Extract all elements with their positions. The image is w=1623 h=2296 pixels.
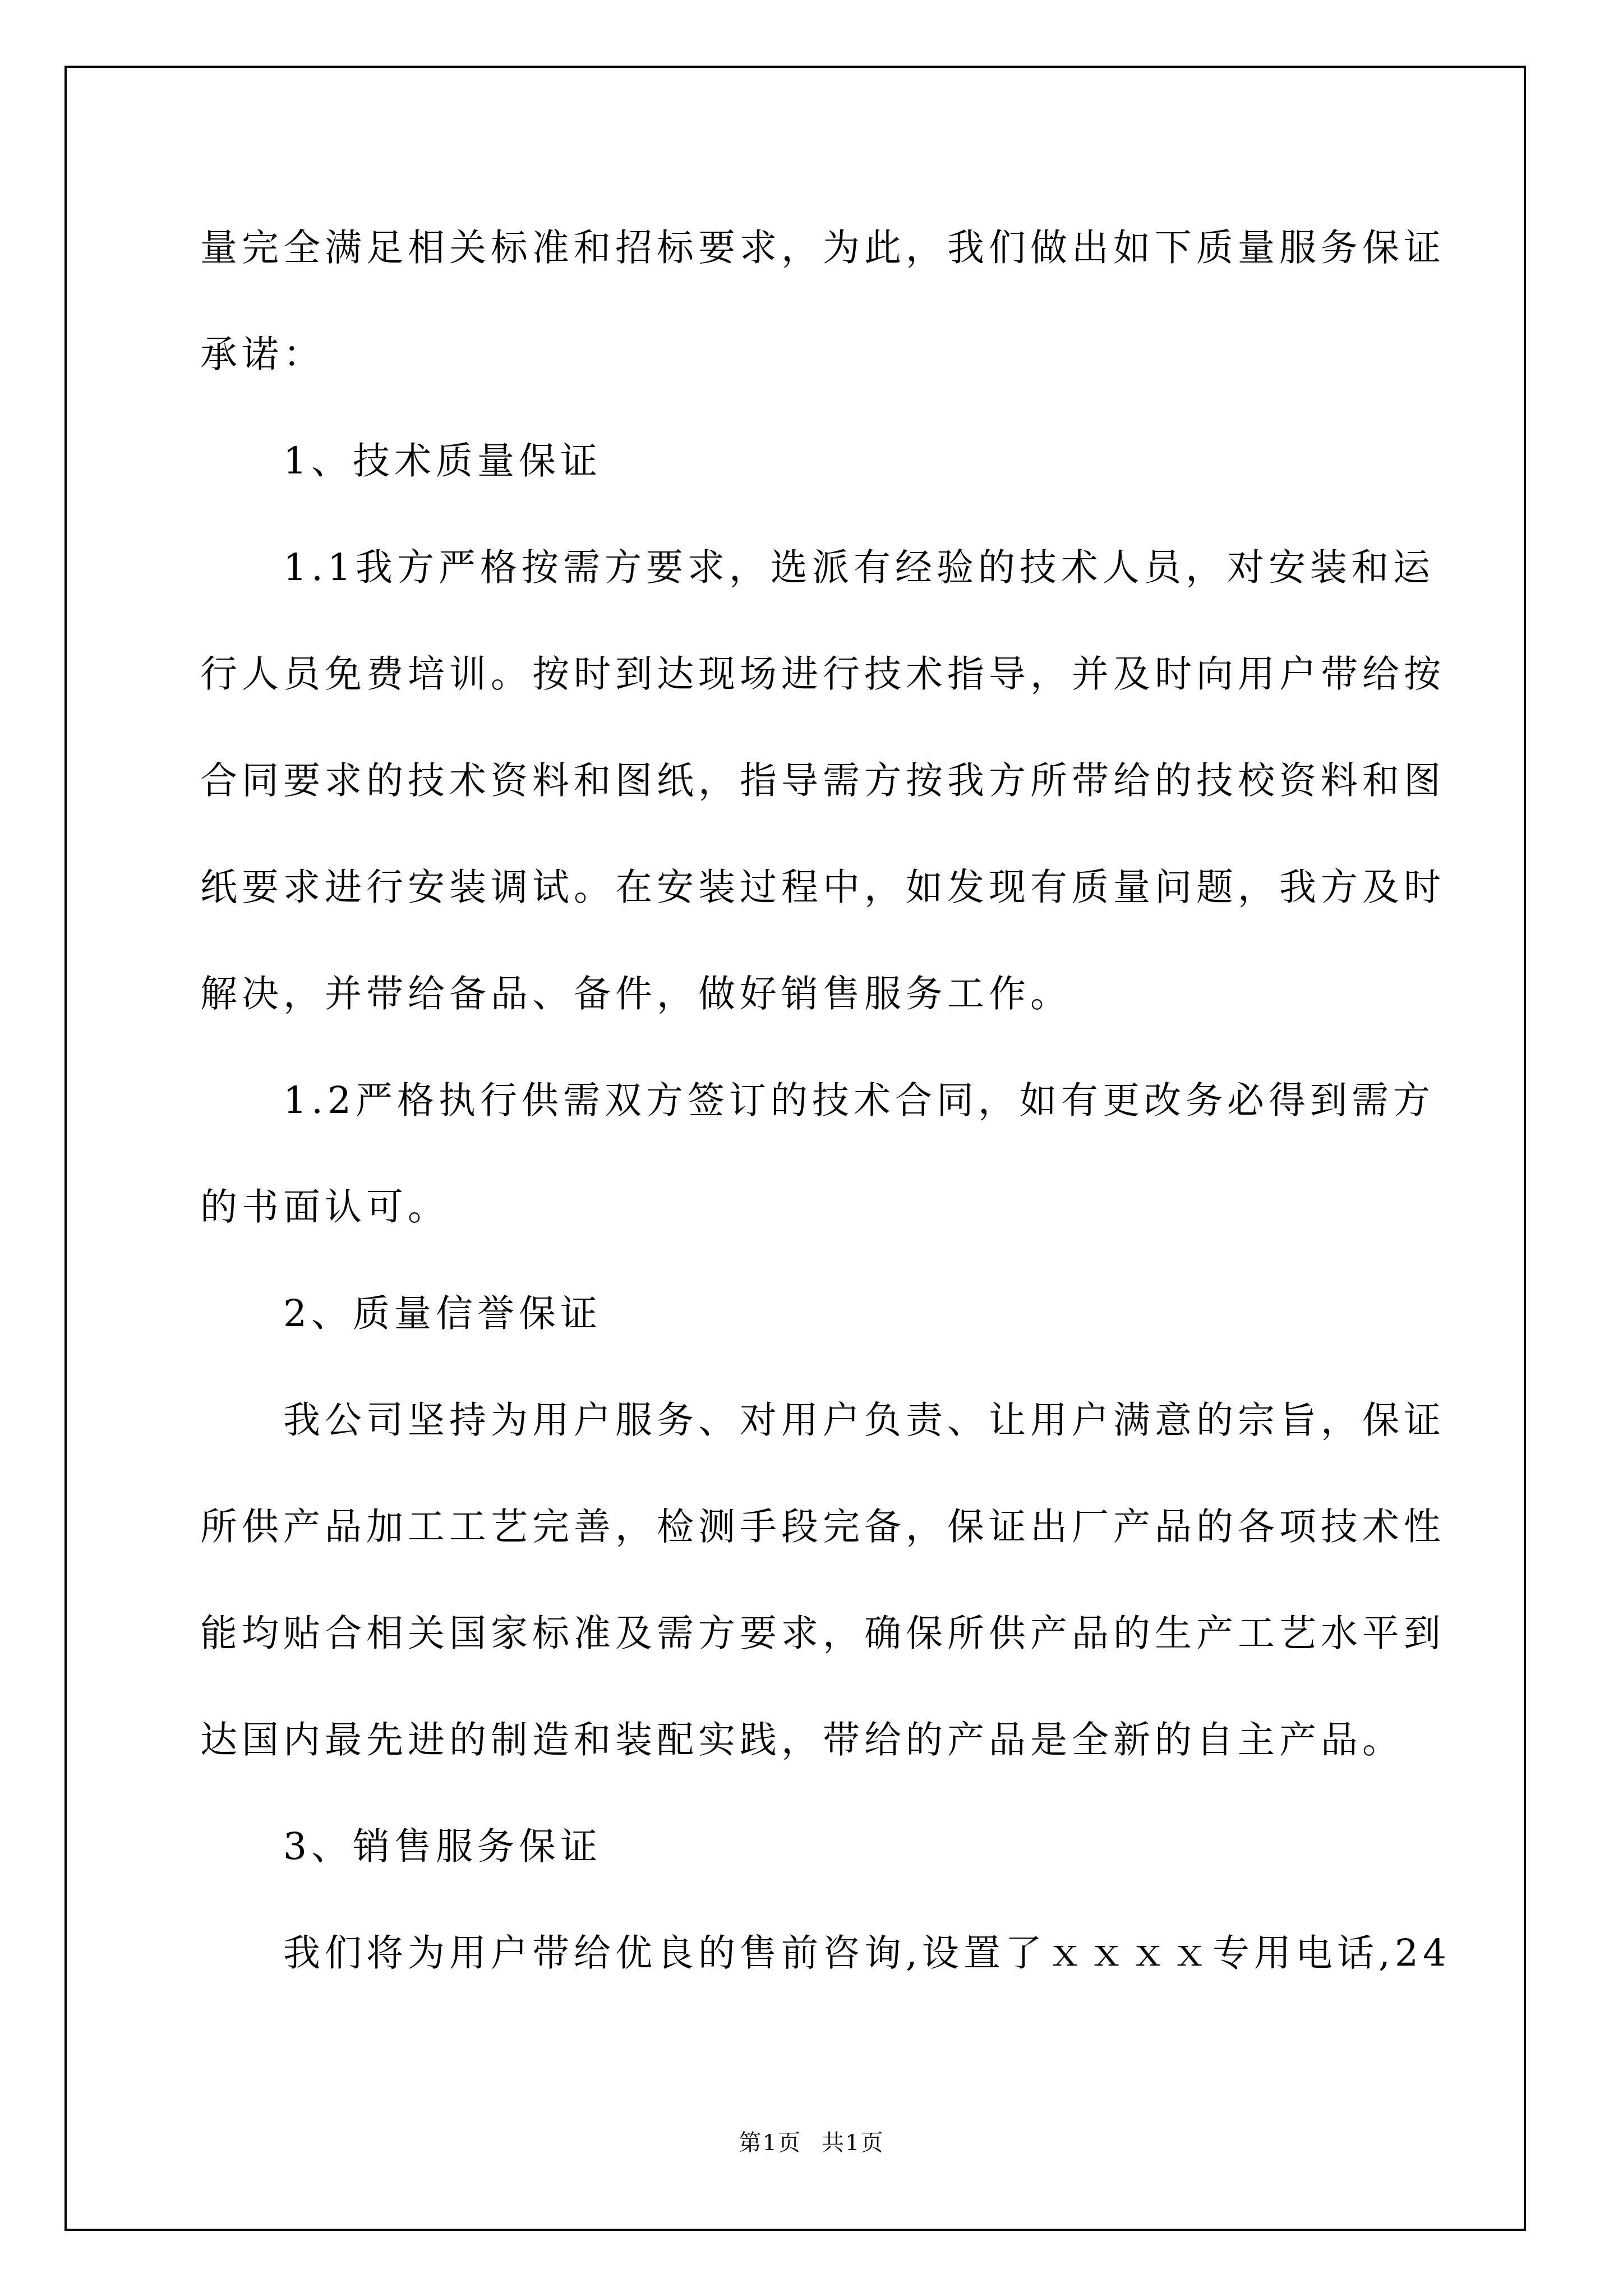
- text-line: 我公司坚持为用户服务、对用户负责、让用户满意的宗旨，保证: [200, 1392, 1417, 1499]
- text-line: 能均贴合相关国家标准及需方要求，确保所供产品的生产工艺水平到: [200, 1605, 1417, 1712]
- document-body: 量完全满足相关标准和招标要求，为此，我们做出如下质量服务保证 承诺： 1、技术质…: [200, 220, 1417, 2032]
- text-line: 达国内最先进的制造和装配实践，带给的产品是全新的自主产品。: [200, 1712, 1417, 1819]
- text-line: 行人员免费培训。按时到达现场进行技术指导，并及时向用户带给按: [200, 646, 1417, 753]
- current-page-label: 第1页: [739, 2130, 801, 2156]
- text-line: 纸要求进行安装调试。在安装过程中，如发现有质量问题，我方及时: [200, 859, 1417, 966]
- page-footer: 第1页共1页: [0, 2126, 1623, 2160]
- text-line: 1.2严格执行供需双方签订的技术合同，如有更改务必得到需方: [200, 1073, 1417, 1179]
- text-line: 的书面认可。: [200, 1179, 1417, 1286]
- text-line: 合同要求的技术资料和图纸，指导需方按我方所带给的技校资料和图: [200, 753, 1417, 859]
- text-line: 承诺：: [200, 326, 1417, 433]
- text-line: 我们将为用户带给优良的售前咨询,设置了ｘｘｘｘ专用电话,24: [200, 1925, 1417, 2032]
- text-line: 所供产品加工工艺完善，检测手段完备，保证出厂产品的各项技术性: [200, 1499, 1417, 1605]
- total-pages-label: 共1页: [822, 2130, 884, 2156]
- section-heading-quality-reputation: 2、质量信誉保证: [200, 1286, 1417, 1392]
- text-line: 解决，并带给备品、备件，做好销售服务工作。: [200, 966, 1417, 1073]
- section-heading-sales-service: 3、销售服务保证: [200, 1819, 1417, 1925]
- section-heading-technical-quality: 1、技术质量保证: [200, 433, 1417, 540]
- text-line: 1.1我方严格按需方要求，选派有经验的技术人员，对安装和运: [200, 540, 1417, 646]
- text-line: 量完全满足相关标准和招标要求，为此，我们做出如下质量服务保证: [200, 220, 1417, 326]
